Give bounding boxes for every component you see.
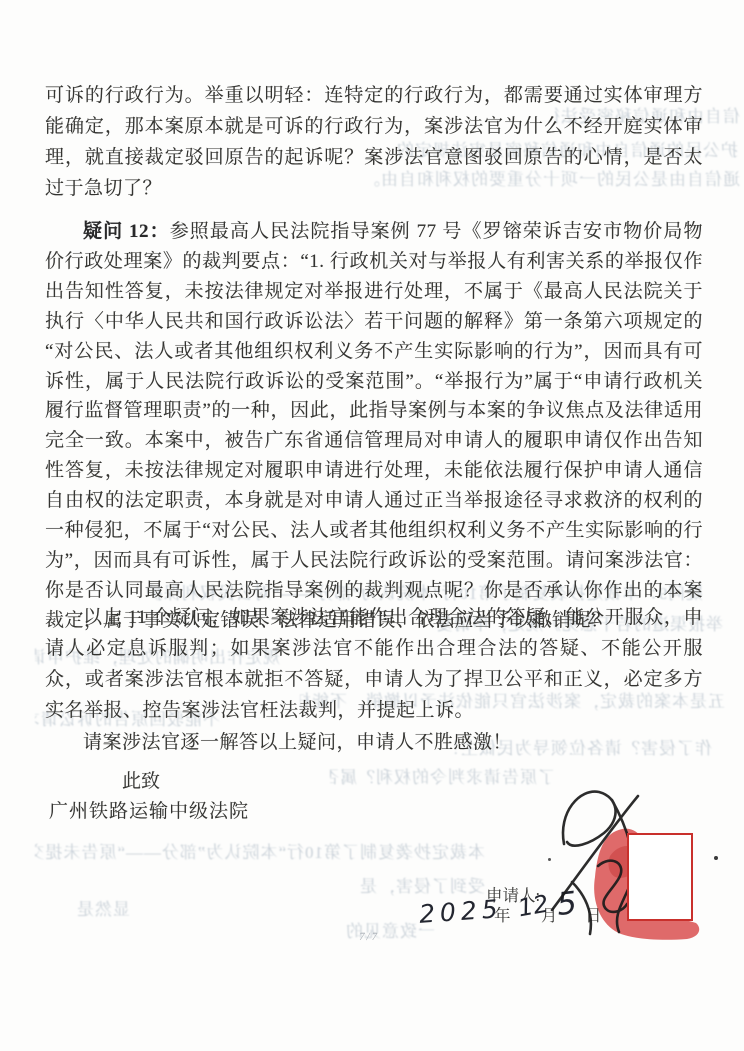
bleedthrough-text: 显然是 [35, 899, 130, 921]
redaction-box [627, 833, 693, 921]
question-12-body: 参照最高人民法院指导案例 77 号《罗镕荣诉吉安市物价局物价行政处理案》的裁判要… [45, 221, 703, 631]
bleedthrough-text: 受到了侵害，是 [300, 876, 485, 898]
page-number: 7/7 [358, 931, 380, 943]
ink-speck [714, 856, 718, 860]
ink-speck [548, 858, 551, 861]
scanned-document-page: 信自由和通信秘密受法律保护护公民的通信自由和通信秘密是宪法规定的通信自由是公民的… [0, 0, 744, 1051]
bleedthrough-text: 本裁定抄袭复制了第10行“本院认为”部分——“原告未提交证据证明 [35, 842, 485, 864]
court-name: 广州铁路运输中级法院 [49, 796, 249, 823]
paragraph-conclusion: 以上 11 个疑问，如果案涉法官能作出合理合法的答疑、能公开服众，申请人必定息诉… [45, 602, 703, 726]
paragraph-request: 请案涉法官逐一解答以上疑问，申请人不胜感激！ [45, 727, 703, 758]
handwritten-year: 2025 [418, 894, 503, 929]
paragraph-continuation: 可诉的行政行为。举重以明轻：连特定的行政行为，都需要通过实体审理方能确定，那本案… [45, 80, 703, 204]
bleedthrough-text: 了原告请求判令的权利？属否依法办理？ [330, 767, 555, 789]
paragraph-question-12: 疑问 12：参照最高人民法院指导案例 77 号《罗镕荣诉吉安市物价局物价行政处理… [45, 217, 703, 636]
question-12-label: 疑问 12： [83, 221, 170, 242]
closing-salute: 此致 [122, 766, 160, 793]
